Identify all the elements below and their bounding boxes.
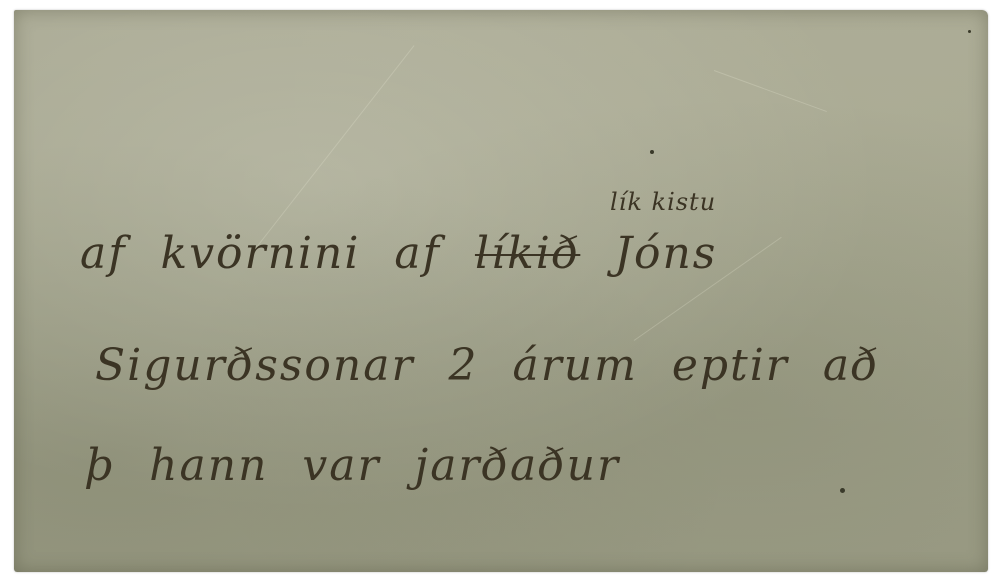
handwritten-insertion: lík kistu — [610, 188, 716, 216]
word: árum — [513, 340, 638, 391]
paper-crease — [714, 70, 827, 112]
struck-word: líkið — [475, 228, 580, 279]
word: Sigurðssonar — [95, 340, 415, 391]
ink-spot — [650, 150, 654, 154]
handwritten-line-1: afkvörniniaflíkiðJóns — [80, 228, 751, 279]
word: var — [302, 440, 380, 491]
word: að — [823, 340, 880, 391]
word: hann — [149, 440, 268, 491]
word: 2 — [449, 340, 479, 391]
word: þ — [85, 440, 115, 491]
ink-spot — [840, 488, 845, 493]
word: eptir — [672, 340, 789, 391]
word: kvörnini — [161, 228, 361, 279]
paper-crease — [254, 45, 415, 250]
word: jarðaður — [415, 440, 621, 491]
handwritten-line-3: þhannvarjarðaður — [85, 440, 654, 491]
word: af — [394, 228, 441, 279]
ink-spot — [968, 30, 971, 33]
word: Jóns — [614, 228, 717, 279]
handwritten-line-2: Sigurðssonar2árumeptirað — [95, 340, 914, 391]
word: af — [80, 228, 127, 279]
